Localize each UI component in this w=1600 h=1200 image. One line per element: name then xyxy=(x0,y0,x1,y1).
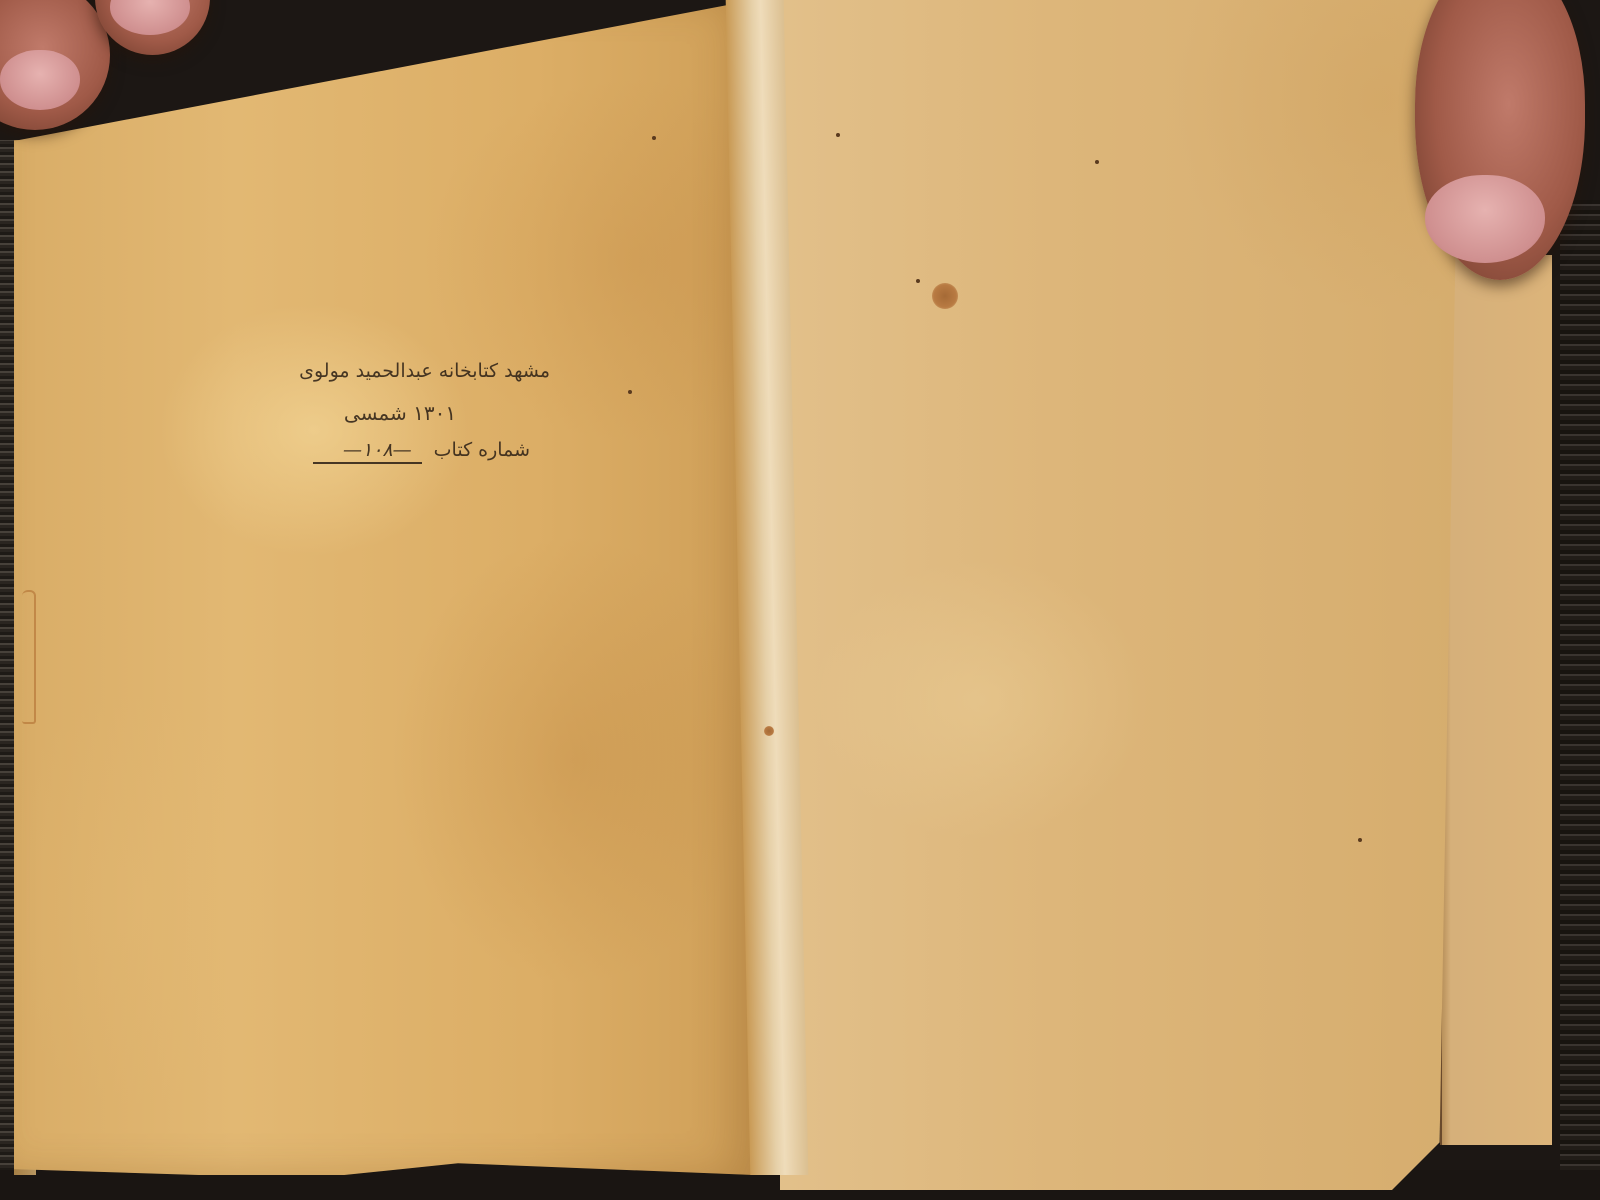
paper-speck xyxy=(652,136,656,140)
paper-speck xyxy=(628,390,632,394)
right-page xyxy=(780,0,1460,1190)
left-page xyxy=(14,0,754,1175)
paper-speck xyxy=(1095,160,1099,164)
stamp-book-number-label: شماره کتاب xyxy=(434,439,530,461)
left-finger xyxy=(0,0,110,130)
stamp-book-number-row: شماره کتاب —۱۰۸— xyxy=(200,439,540,464)
thumbnail xyxy=(1425,175,1545,263)
left-finger-upper xyxy=(95,0,210,55)
paper-speck xyxy=(1358,838,1362,842)
paper-speck xyxy=(836,133,840,137)
book-photo: مشهد کتابخانه عبدالحمید مولوی ۱۳۰۱ شمسی … xyxy=(0,0,1600,1200)
book-cover-edge xyxy=(1560,200,1600,1200)
ink-stain-spot xyxy=(932,283,958,309)
paper-speck xyxy=(764,726,774,736)
stamp-year: ۱۳۰۱ شمسی xyxy=(200,401,540,425)
fingernail xyxy=(0,50,80,110)
fingernail xyxy=(110,0,190,35)
library-stamp: مشهد کتابخانه عبدالحمید مولوی ۱۳۰۱ شمسی … xyxy=(200,360,540,464)
stamp-book-number: —۱۰۸— xyxy=(313,439,422,464)
stamp-library-name: مشهد کتابخانه عبدالحمید مولوی xyxy=(200,360,550,383)
left-page-stain xyxy=(22,590,36,724)
underlying-page xyxy=(1440,255,1552,1145)
paper-speck xyxy=(916,279,920,283)
